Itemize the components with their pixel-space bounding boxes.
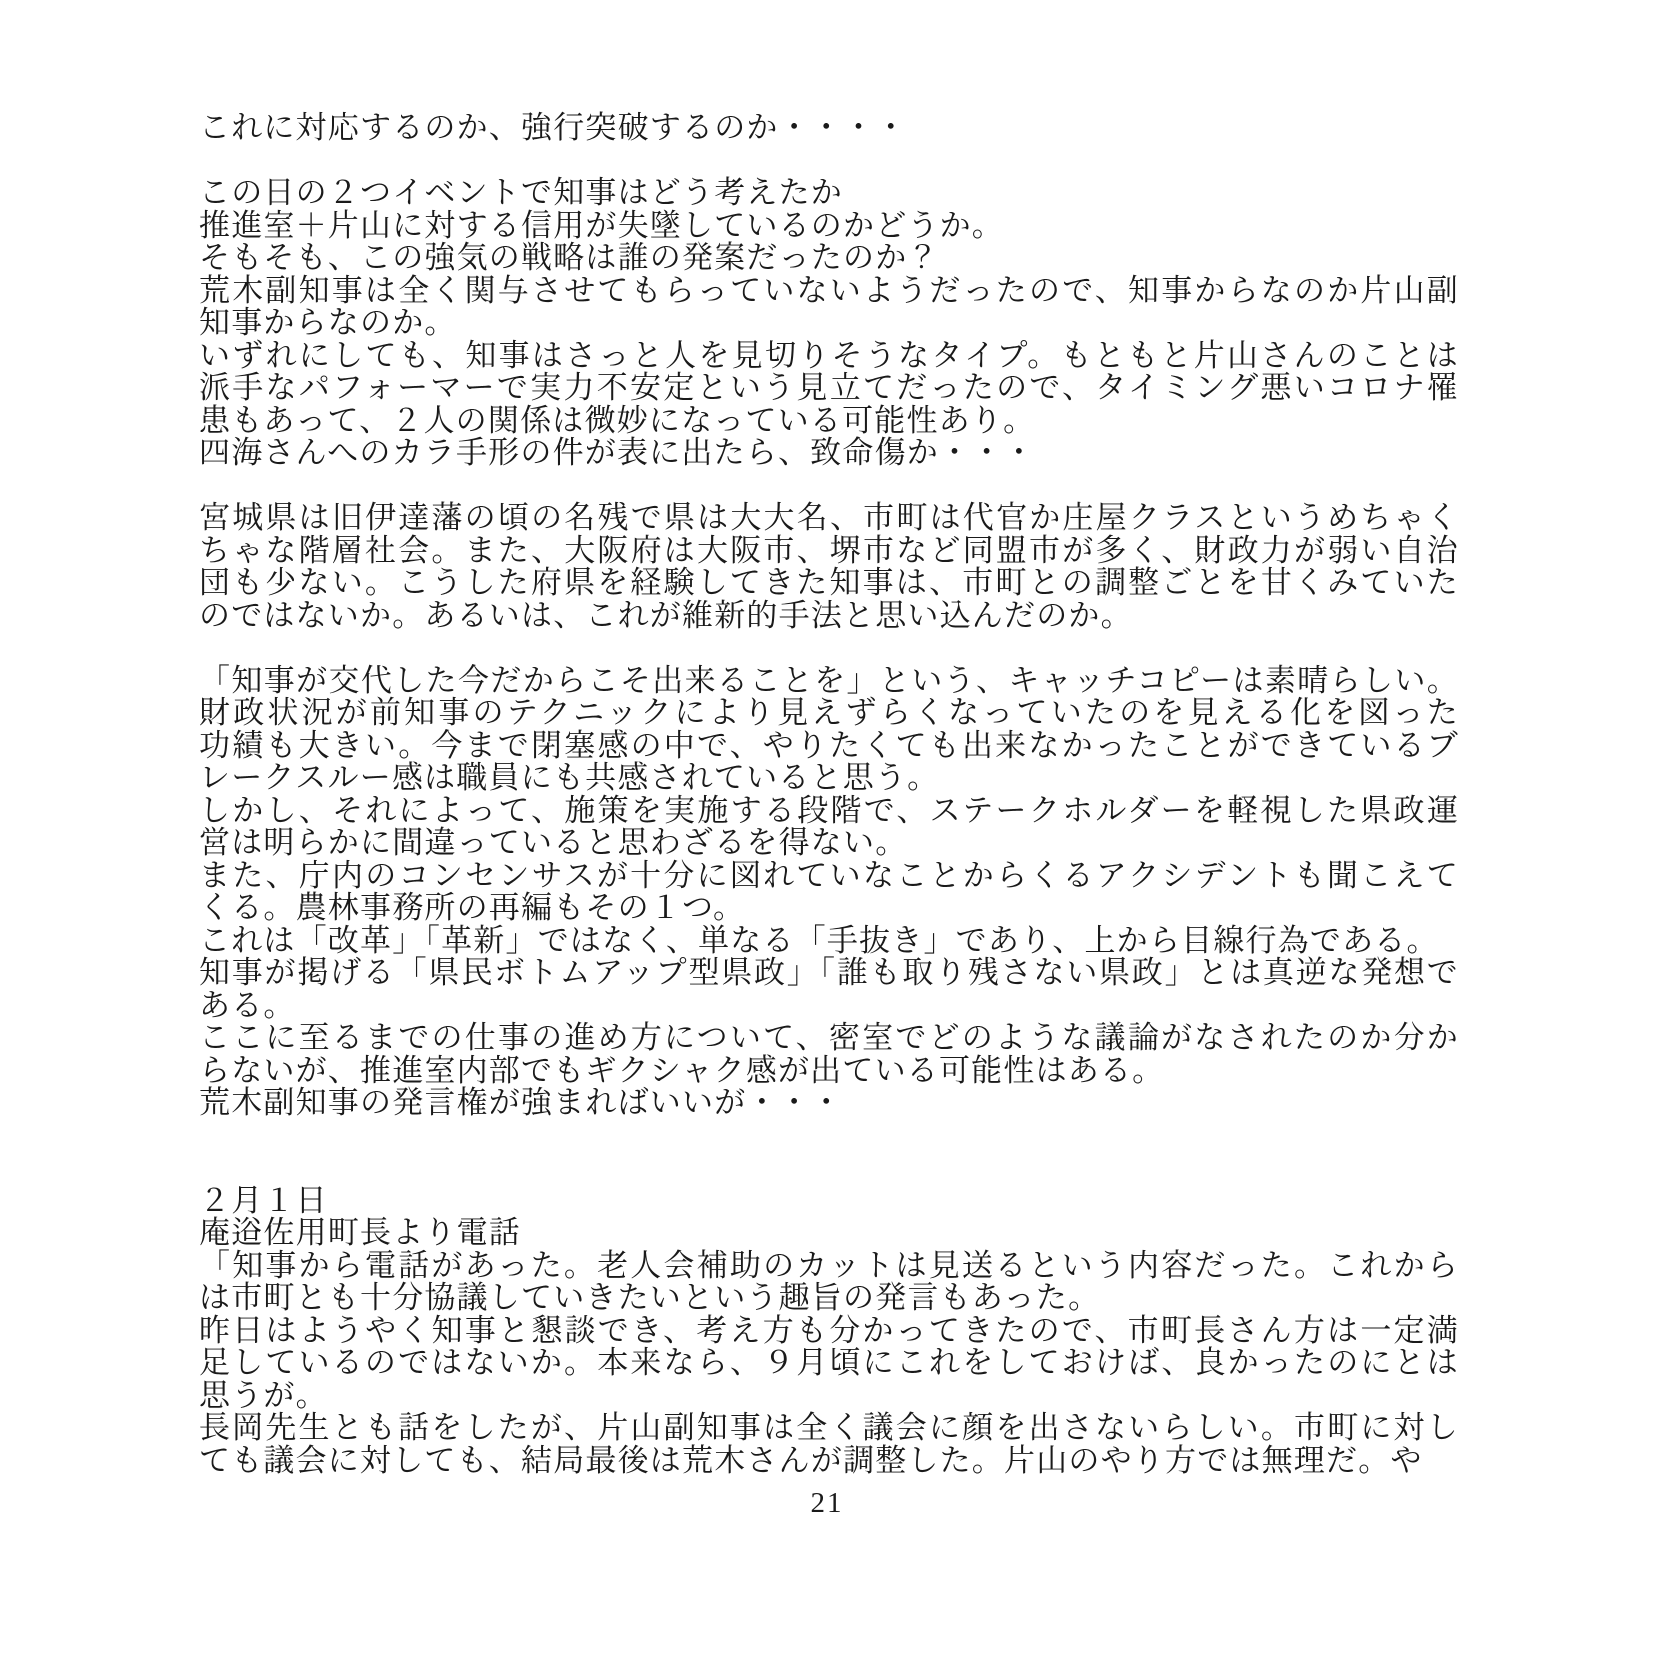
text-line: 荒木副知事の発言権が強まればいいが・・・ xyxy=(199,1087,1459,1120)
text-line: 荒木副知事は全く関与させてもらっていないようだったので、知事からなのか片山副 xyxy=(199,275,1459,308)
text-line: また、庁内のコンセンサスが十分に図れていなことからくるアクシデントも聞こえて xyxy=(199,860,1459,893)
text-line: ２月１日 xyxy=(199,1185,1459,1218)
text-line: 財政状況が前知事のテクニックにより見えずらくなっていたのを見える化を図った xyxy=(199,697,1459,730)
text-line: レークスルー感は職員にも共感されていると思う。 xyxy=(199,762,1459,795)
blank-line xyxy=(199,1152,1459,1185)
text-line: これに対応するのか、強行突破するのか・・・・ xyxy=(199,112,1459,145)
text-line: 推進室＋片山に対する信用が失墜しているのかどうか。 xyxy=(199,210,1459,243)
document-page: これに対応するのか、強行突破するのか・・・・この日の２つイベントで知事はどう考え… xyxy=(0,0,1654,1654)
text-line: 団も少ない。こうした府県を経験してきた知事は、市町との調整ごとを甘くみていた xyxy=(199,567,1459,600)
text-line: のではないか。あるいは、これが維新的手法と思い込んだのか。 xyxy=(199,600,1459,633)
text-line: ても議会に対しても、結局最後は荒木さんが調整した。片山のやり方では無理だ。や xyxy=(199,1445,1459,1478)
text-line: らないが、推進室内部でもギクシャク感が出ている可能性はある。 xyxy=(199,1055,1459,1088)
blank-line xyxy=(199,632,1459,665)
text-line: ある。 xyxy=(199,990,1459,1023)
text-line: 四海さんへのカラ手形の件が表に出たら、致命傷か・・・ xyxy=(199,437,1459,470)
text-line: 宮城県は旧伊達藩の頃の名残で県は大大名、市町は代官か庄屋クラスというめちゃく xyxy=(199,502,1459,535)
text-line: そもそも、この強気の戦略は誰の発案だったのか？ xyxy=(199,242,1459,275)
text-line: 功績も大きい。今まで閉塞感の中で、やりたくても出来なかったことができているブ xyxy=(199,730,1459,763)
text-line: くる。農林事務所の再編もその１つ。 xyxy=(199,892,1459,925)
text-line: 長岡先生とも話をしたが、片山副知事は全く議会に顔を出さないらしい。市町に対し xyxy=(199,1412,1459,1445)
text-line: この日の２つイベントで知事はどう考えたか xyxy=(199,177,1459,210)
text-line: 「知事から電話があった。老人会補助のカットは見送るという内容だった。これから xyxy=(199,1250,1459,1283)
blank-line xyxy=(199,470,1459,503)
text-line: 知事が掲げる「県民ボトムアップ型県政」「誰も取り残さない県政」とは真逆な発想で xyxy=(199,957,1459,990)
text-line: 昨日はようやく知事と懇談でき、考え方も分かってきたので、市町長さん方は一定満 xyxy=(199,1315,1459,1348)
text-line: 足しているのではないか。本来なら、９月頃にこれをしておけば、良かったのにとは xyxy=(199,1347,1459,1380)
page-number: 21 xyxy=(0,1487,1654,1519)
text-line: 知事からなのか。 xyxy=(199,307,1459,340)
text-line: いずれにしても、知事はさっと人を見切りそうなタイプ。もともと片山さんのことは xyxy=(199,340,1459,373)
text-line: 庵逧佐用町長より電話 xyxy=(199,1217,1459,1250)
text-line: しかし、それによって、施策を実施する段階で、ステークホルダーを軽視した県政運 xyxy=(199,795,1459,828)
text-line: 患もあって、２人の関係は微妙になっている可能性あり。 xyxy=(199,405,1459,438)
text-line: これは「改革」「革新」ではなく、単なる「手抜き」であり、上から目線行為である。 xyxy=(199,925,1459,958)
text-line: 思うが。 xyxy=(199,1380,1459,1413)
text-line: は市町とも十分協議していきたいという趣旨の発言もあった。 xyxy=(199,1282,1459,1315)
text-line: ここに至るまでの仕事の進め方について、密室でどのような議論がなされたのか分か xyxy=(199,1022,1459,1055)
text-line: 営は明らかに間違っていると思わざるを得ない。 xyxy=(199,827,1459,860)
text-line: ちゃな階層社会。また、大阪府は大阪市、堺市など同盟市が多く、財政力が弱い自治 xyxy=(199,535,1459,568)
text-body: これに対応するのか、強行突破するのか・・・・この日の２つイベントで知事はどう考え… xyxy=(199,112,1459,1477)
blank-line xyxy=(199,1120,1459,1153)
blank-line xyxy=(199,145,1459,178)
text-line: 派手なパフォーマーで実力不安定という見立てだったので、タイミング悪いコロナ罹 xyxy=(199,372,1459,405)
text-line: 「知事が交代した今だからこそ出来ることを」という、キャッチコピーは素晴らしい。 xyxy=(199,665,1459,698)
